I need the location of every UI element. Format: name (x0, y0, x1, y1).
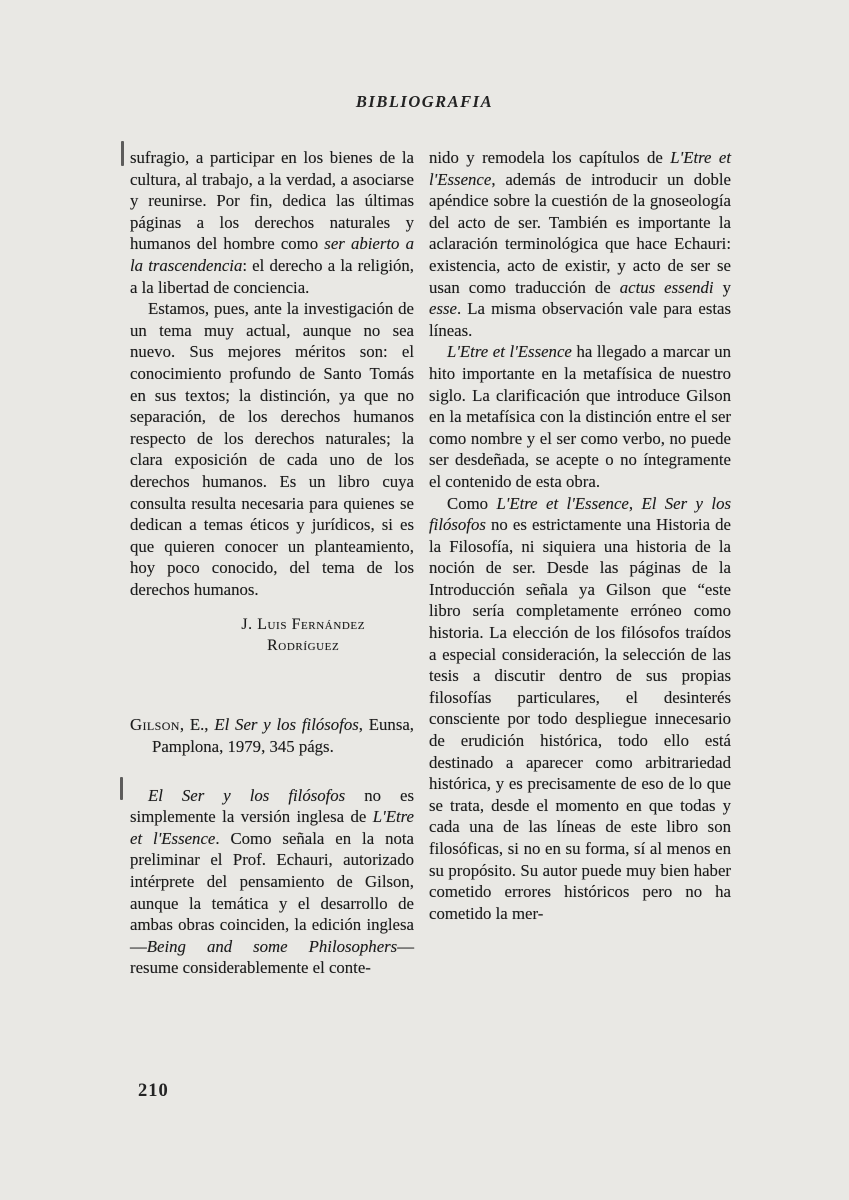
text-run: El Ser y los filósofos (148, 786, 345, 805)
text-run: esse (429, 299, 457, 318)
paragraph: El Ser y los filósofos no es simplemente… (130, 785, 414, 979)
text-run: Como (447, 494, 496, 513)
text-run: , (629, 494, 642, 513)
scanned-page: BIBLIOGRAFIA sufragio, a participar en l… (0, 0, 849, 1200)
text-run: L'Etre et l'Essence (447, 342, 572, 361)
page-number: 210 (138, 1081, 169, 1102)
left-column: sufragio, a participar en los bienes de … (130, 147, 414, 979)
page-header: BIBLIOGRAFIA (0, 92, 849, 112)
paragraph: sufragio, a participar en los bienes de … (130, 147, 414, 298)
signature-line: Rodríguez (192, 635, 414, 656)
bibliography-entry: Gilson, E., El Ser y los filósofos, Euns… (130, 714, 414, 757)
text-run: y (714, 278, 731, 297)
scan-artifact (121, 141, 124, 166)
text-run: ha llegado a marcar un hito importante e… (429, 342, 731, 491)
reviewer-signature: J. Luis FernándezRodríguez (192, 614, 414, 656)
text-run: Gilson (130, 715, 180, 734)
paragraph: Como L'Etre et l'Essence, El Ser y los f… (429, 493, 731, 925)
paragraph: nido y remodela los capítulos de L'Etre … (429, 147, 731, 341)
text-run: actus essendi (620, 278, 714, 297)
text-run: L'Etre et l'Essence (496, 494, 628, 513)
text-run: no es estrictamente una Historia de la F… (429, 515, 731, 923)
text-run: . La misma observación vale para estas l… (429, 299, 731, 340)
scan-artifact (120, 777, 123, 800)
right-column: nido y remodela los capítulos de L'Etre … (429, 147, 731, 924)
text-run: El Ser y los filósofos (214, 715, 358, 734)
text-run: Being and some Philosophers (147, 937, 397, 956)
paragraph: L'Etre et l'Essence ha llegado a marcar … (429, 341, 731, 492)
text-run: nido y remodela los capítulos de (429, 148, 670, 167)
paragraph: Estamos, pues, ante la investigación de … (130, 298, 414, 600)
signature-line: J. Luis Fernández (192, 614, 414, 635)
text-run: , E., (180, 715, 214, 734)
text-run: Estamos, pues, ante la investigación de … (130, 299, 414, 599)
